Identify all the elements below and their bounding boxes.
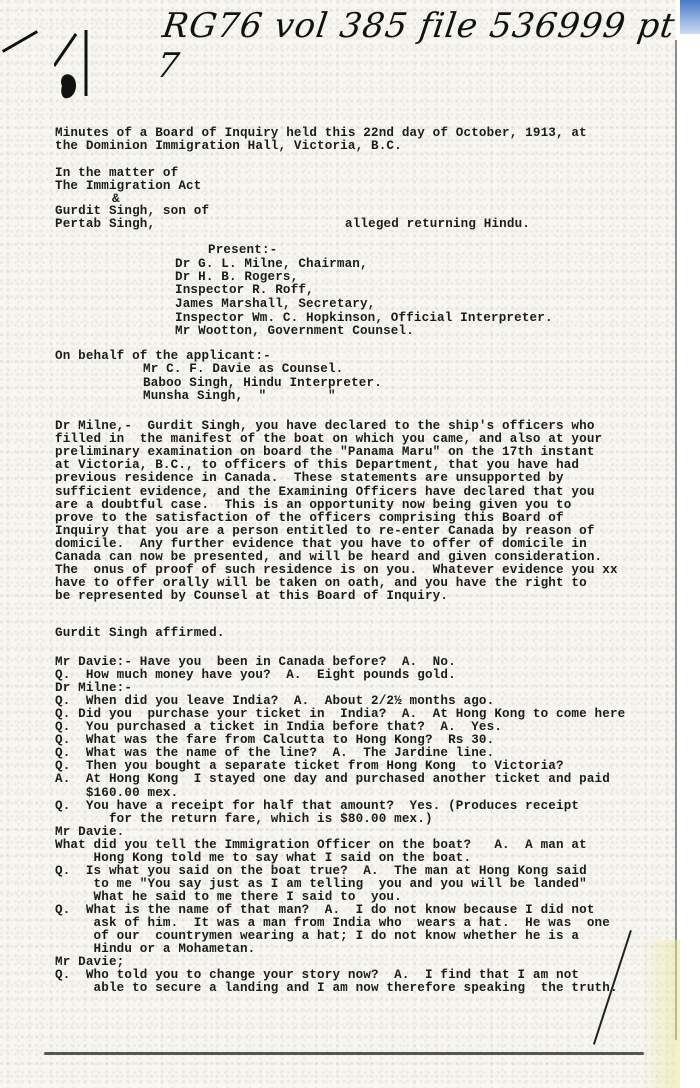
testimony-line: Q. Is what you said on the boat true? A.… <box>55 865 587 878</box>
testimony-line: A. At Hong Kong I stayed one day and pur… <box>55 773 610 786</box>
testimony-line: to me "You say just as I am telling you … <box>55 878 587 891</box>
matter-line-5: Pertab Singh, <box>55 218 155 231</box>
matter-status: alleged returning Hindu. <box>345 218 530 231</box>
matter-line-2: The Immigration Act <box>55 180 201 193</box>
statement-line: be represented by Counsel at this Board … <box>55 590 448 603</box>
stamp-mark-icon <box>54 26 94 106</box>
bottom-rule <box>44 1052 644 1055</box>
paper-stain <box>640 940 680 1088</box>
archive-reference: RG76 vol 385 file 536999 pt 7 <box>154 6 700 86</box>
testimony-line: Mr Davie. <box>55 826 124 839</box>
present-member: James Marshall, Secretary, <box>175 298 375 311</box>
statement-line: prove to the satisfaction of the officer… <box>55 512 564 525</box>
statement-line: Inquiry that you are a person entitled t… <box>55 525 595 538</box>
testimony-line: $160.00 mex. <box>55 787 178 800</box>
testimony-line: Hong Kong told me to say what I said on … <box>55 852 471 865</box>
applicant-member: Munsha Singh, " " <box>143 390 336 403</box>
testimony-line: for the return fare, which is $80.00 mex… <box>55 813 433 826</box>
statement-line: sufficient evidence, and the Examining O… <box>55 486 595 499</box>
header-line-2: the Dominion Immigration Hall, Victoria,… <box>55 140 402 153</box>
statement-line: previous residence in Canada. These stat… <box>55 472 564 485</box>
present-label: Present:- <box>208 244 277 257</box>
present-member: Mr Wootton, Government Counsel. <box>175 325 414 338</box>
statement-line: are a doubtful case. This is an opportun… <box>55 499 571 512</box>
testimony-line: What did you tell the Immigration Office… <box>55 839 587 852</box>
testimony-line: able to secure a landing and I am now th… <box>55 982 618 995</box>
applicant-member: Mr C. F. Davie as Counsel. <box>143 363 343 376</box>
present-member: Inspector R. Roff, <box>175 284 314 297</box>
affirmation-line: Gurdit Singh affirmed. <box>55 627 225 640</box>
page-edge-shadow <box>675 40 677 1040</box>
testimony-line: Q. You have a receipt for half that amou… <box>55 800 579 813</box>
